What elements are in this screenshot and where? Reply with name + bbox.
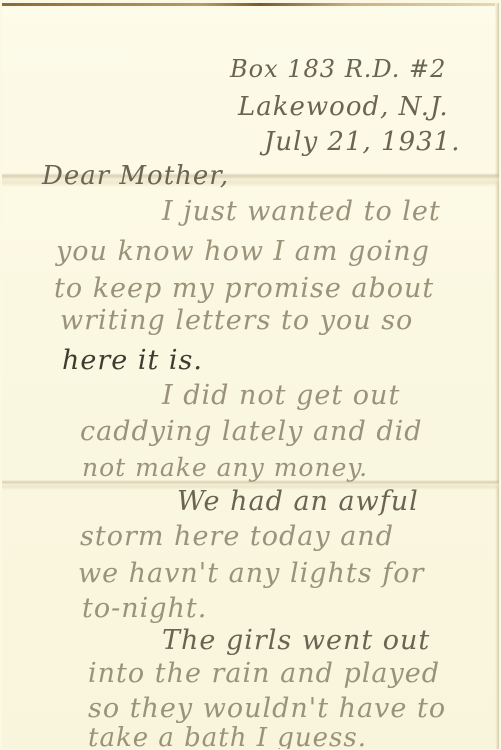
body-line: not make any money. bbox=[82, 453, 368, 482]
salutation: Dear Mother, bbox=[42, 161, 229, 191]
body-line: you know how I am going bbox=[56, 236, 430, 267]
body-line: here it is. bbox=[62, 345, 203, 376]
body-line: take a bath I guess. bbox=[88, 723, 367, 749]
body-line: caddying lately and did bbox=[80, 416, 423, 447]
body-line: to-night. bbox=[82, 593, 207, 624]
body-line: into the rain and played bbox=[88, 658, 440, 689]
body-line: I did not get out bbox=[162, 380, 400, 411]
body-line: to keep my promise about bbox=[54, 273, 434, 304]
body-line: The girls went out bbox=[162, 625, 430, 656]
body-line: I just wanted to let bbox=[162, 196, 441, 227]
paper-right-edge bbox=[495, 3, 499, 749]
letter-date: July 21, 1931. bbox=[264, 127, 460, 157]
address-line-2: Lakewood, N.J. bbox=[238, 92, 449, 122]
letter-page: Box 183 R.D. #2 Lakewood, N.J. July 21, … bbox=[2, 3, 499, 749]
body-line: We had an awful bbox=[177, 486, 419, 517]
body-line: storm here today and bbox=[80, 521, 394, 552]
body-line: writing letters to you so bbox=[60, 305, 413, 336]
paper-top-edge bbox=[2, 3, 499, 6]
body-line: so they wouldn't have to bbox=[88, 693, 446, 724]
body-line: we havn't any lights for bbox=[78, 558, 424, 589]
address-line-1: Box 183 R.D. #2 bbox=[230, 55, 446, 83]
